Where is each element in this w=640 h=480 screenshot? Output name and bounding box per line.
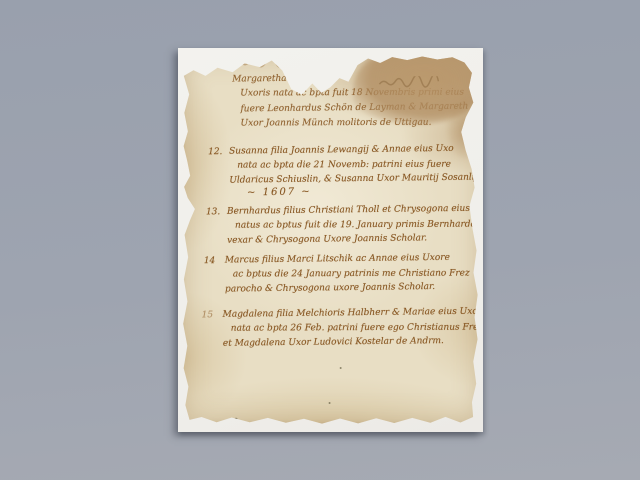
manuscript-line: Uldaricus Schiuslin, & Susanna Uxor Maur… (229, 171, 477, 189)
paper-speck (329, 402, 331, 404)
manuscript-entry: 15 Magdalena filia Melchioris Halbherr &… (223, 305, 499, 351)
manuscript-entry: 12. Susanna filia Joannis Lewangij & Ann… (229, 142, 477, 187)
manuscript-line: et Magdalena Uxor Ludovici Kostelar de A… (223, 333, 499, 351)
manuscript-line: Magdalena filia Melchioris Halbherr & Ma… (223, 304, 499, 322)
manuscript-line: Susanna filia Joannis Lewangij & Annae e… (229, 142, 477, 160)
entry-number: 13. (206, 205, 220, 220)
faded-stain-writing (377, 76, 441, 88)
manuscript-entry: 14 Marcus filius Marci Litschik ac Annae… (225, 251, 470, 296)
manuscript-line: Bernhardus filius Christiani Tholl et Ch… (227, 201, 501, 219)
entry-number: 14 (204, 254, 216, 269)
manuscript-line: vexar & Chrysogona Uxore Joannis Scholar… (227, 230, 501, 248)
photo-of-manuscript: Margaretha filia Matth Uxoris nata ac bp… (0, 0, 640, 480)
manuscript-line: parocho & Chrysogona uxore Joannis Schol… (225, 280, 470, 297)
manuscript-entry: 13. Bernhardus filius Christiani Tholl e… (227, 202, 501, 248)
paper-speck (340, 367, 342, 369)
entry-number: 15 (202, 308, 214, 323)
manuscript-line: Marcus filius Marci Litschik ac Annae ei… (225, 251, 470, 268)
entry-number: 12. (208, 145, 222, 160)
year-divider: ~ 1607 ~ (247, 186, 312, 198)
manuscript-paper: Margaretha filia Matth Uxoris nata ac bp… (181, 54, 483, 425)
